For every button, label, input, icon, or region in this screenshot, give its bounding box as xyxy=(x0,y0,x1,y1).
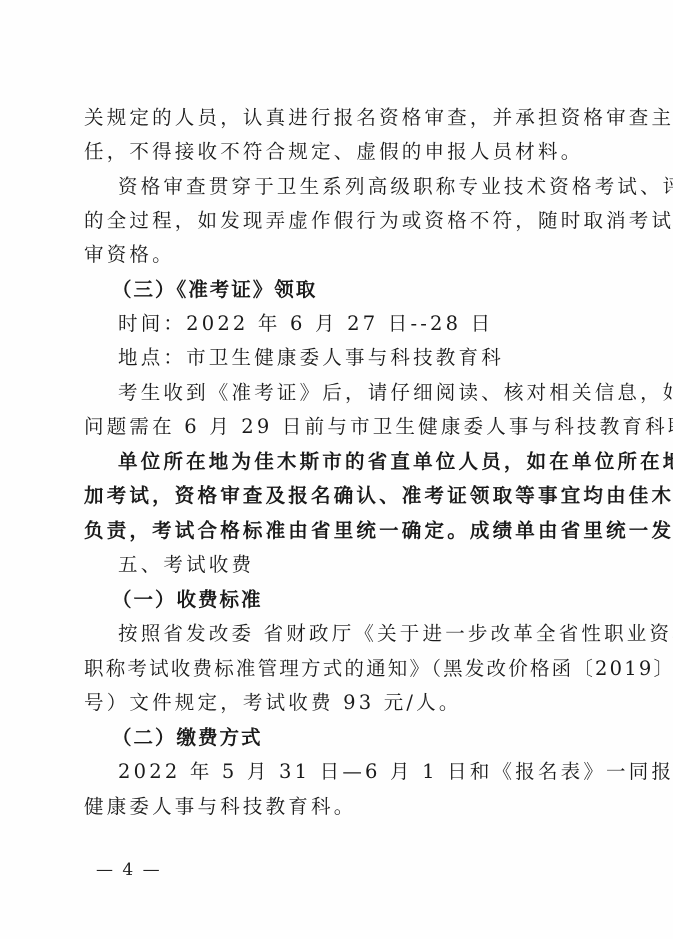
section-heading-payment-method: （二）缴费方式 xyxy=(112,726,620,750)
paragraph-line: 职称考试收费标准管理方式的通知》（黑发改价格函〔2019〕138 xyxy=(84,657,592,681)
paragraph-line-location: 地点：市卫生健康委人事与科技教育科 xyxy=(118,346,592,370)
paragraph-line-time: 时间：2022 年 6 月 27 日--28 日 xyxy=(118,312,592,336)
page-number: — 4 — xyxy=(96,860,162,880)
section-heading-fee-standard: （一）收费标准 xyxy=(112,588,620,612)
section-heading-admission-ticket: （三）《准考证》领取 xyxy=(112,278,620,302)
paragraph-line: 考生收到《准考证》后，请仔细阅读、核对相关信息，如有 xyxy=(118,381,592,405)
bold-paragraph-line: 加考试，资格审查及报名确认、准考证领取等事宜均由佳木斯市 xyxy=(84,484,592,508)
section-heading-exam-fees: 五、考试收费 xyxy=(118,553,592,577)
paragraph-line: 的全过程，如发现弄虚作假行为或资格不符，随时取消考试、评 xyxy=(84,209,592,233)
paragraph-line: 号）文件规定，考试收费 93 元/人。 xyxy=(84,691,592,715)
paragraph-line: 任，不得接收不符合规定、虚假的申报人员材料。 xyxy=(84,140,592,164)
document-page: 关规定的人员，认真进行报名资格审查，并承担资格审查主体责 任，不得接收不符合规定… xyxy=(0,0,673,939)
paragraph-line: 问题需在 6 月 29 日前与市卫生健康委人事与科技教育科联系。 xyxy=(84,415,592,439)
bold-paragraph-line: 单位所在地为佳木斯市的省直单位人员，如在单位所在地参 xyxy=(118,450,592,474)
paragraph-line: 关规定的人员，认真进行报名资格审查，并承担资格审查主体责 xyxy=(84,106,592,130)
paragraph-line: 健康委人事与科技教育科。 xyxy=(84,795,592,819)
bold-paragraph-line: 负责，考试合格标准由省里统一确定。成绩单由省里统一发放。 xyxy=(84,519,592,543)
paragraph-line: 资格审查贯穿于卫生系列高级职称专业技术资格考试、评审 xyxy=(118,175,592,199)
paragraph-line: 审资格。 xyxy=(84,243,592,267)
paragraph-line: 按照省发改委 省财政厅《关于进一步改革全省性职业资格及 xyxy=(118,622,592,646)
paragraph-line: 2022 年 5 月 31 日—6 月 1 日和《报名表》一同报送至市卫生 xyxy=(118,760,592,784)
